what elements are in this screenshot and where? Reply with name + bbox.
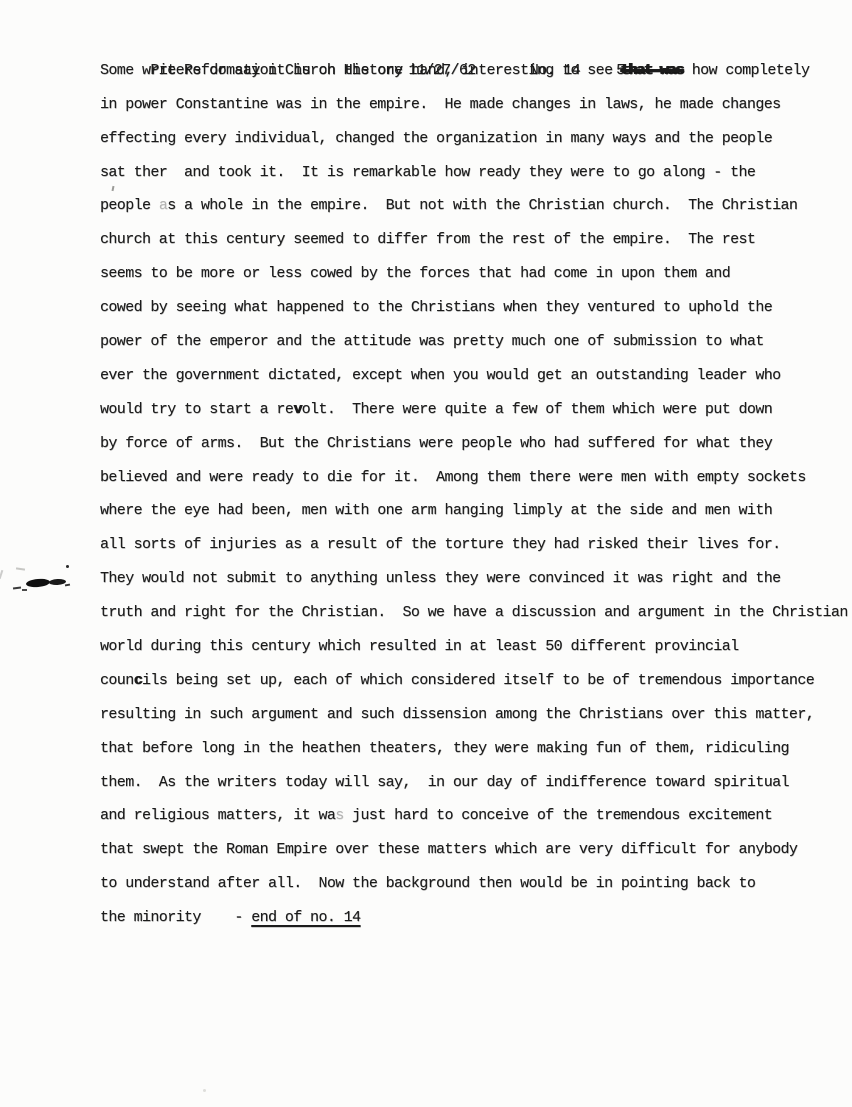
ink-smudge-dot xyxy=(66,565,69,568)
text-segment: truth and right for the Christian. So we… xyxy=(100,604,848,621)
text-line: cowed by seeing what happened to the Chr… xyxy=(100,291,852,325)
text-segment: and religious matters, it wa xyxy=(100,807,335,824)
text-line: power of the emperor and the attitude wa… xyxy=(100,325,852,359)
text-line: ever the government dictated, except whe… xyxy=(100,359,852,393)
text-line: the minority - end of no. 14 xyxy=(100,901,852,935)
text-line: councils being set up, each of which con… xyxy=(100,664,852,698)
text-line: would try to start a revolt. There were … xyxy=(100,393,852,427)
text-segment: v xyxy=(293,401,301,418)
typed-text: Pre Reformation Church History11/27/62No… xyxy=(100,20,852,935)
text-segment: seems to be more or less cowed by the fo… xyxy=(100,265,730,282)
text-line: that swept the Roman Empire over these m… xyxy=(100,833,852,867)
ink-smudge-faint xyxy=(0,570,3,579)
text-segment: end of no. 14 xyxy=(251,909,360,926)
text-segment: in power Constantine was in the empire. … xyxy=(100,96,781,113)
text-line: truth and right for the Christian. So we… xyxy=(100,596,852,630)
text-line: that before long in the heathen theaters… xyxy=(100,732,852,766)
text-segment: c xyxy=(134,672,142,689)
text-line: where the eye had been, men with one arm… xyxy=(100,494,852,528)
text-segment: resulting in such argument and such diss… xyxy=(100,706,814,723)
text-segment: to understand after all. Now the backgro… xyxy=(100,875,755,892)
text-segment: where the eye had been, men with one arm… xyxy=(100,502,772,519)
text-segment: effecting every individual, changed the … xyxy=(100,130,772,147)
text-segment: just hard to conceive of the tremendous … xyxy=(344,807,772,824)
text-segment: a xyxy=(159,197,167,214)
page-header: Pre Reformation Church History11/27/62No… xyxy=(100,20,852,54)
text-line: effecting every individual, changed the … xyxy=(100,122,852,156)
ink-smudge-blob xyxy=(49,579,66,586)
text-segment: world during this century which resulted… xyxy=(100,638,739,655)
text-segment: s xyxy=(335,807,343,824)
text-line: in power Constantine was in the empire. … xyxy=(100,88,852,122)
text-line: them. As the writers today will say, in … xyxy=(100,766,852,800)
text-segment: them. As the writers today will say, in … xyxy=(100,774,789,791)
text-segment: would try to start a re xyxy=(100,401,293,418)
text-line: sat ther and took it. It is remarkable h… xyxy=(100,156,852,190)
body-text: Some writers do say it is on the one han… xyxy=(100,54,852,935)
text-segment: that swept the Roman Empire over these m… xyxy=(100,841,797,858)
text-line: and religious matters, it was just hard … xyxy=(100,799,852,833)
text-line: all sorts of injuries as a result of the… xyxy=(100,528,852,562)
text-line: resulting in such argument and such diss… xyxy=(100,698,852,732)
ink-smudge-dash xyxy=(22,589,27,591)
text-segment: olt. There were quite a few of them whic… xyxy=(302,401,772,418)
document-page: Pre Reformation Church History11/27/62No… xyxy=(0,0,852,1107)
text-line: seems to be more or less cowed by the fo… xyxy=(100,257,852,291)
ink-smudge-tick xyxy=(65,584,70,587)
text-segment: the minority - xyxy=(100,909,251,926)
text-segment: s a whole in the empire. But not with th… xyxy=(167,197,797,214)
text-segment: ever the government dictated, except whe… xyxy=(100,367,781,384)
text-segment: how completely xyxy=(683,62,809,79)
text-segment: coun xyxy=(100,672,134,689)
text-segment: cowed by seeing what happened to the Chr… xyxy=(100,299,772,316)
text-segment: that before long in the heathen theaters… xyxy=(100,740,789,757)
ink-smudge-blob xyxy=(26,578,51,588)
text-segment: sat ther and took it. It is remarkable h… xyxy=(100,164,755,181)
text-line: Some writers do say it is on the one han… xyxy=(100,54,852,88)
text-line: by force of arms. But the Christians wer… xyxy=(100,427,852,461)
text-segment: church at this century seemed to differ … xyxy=(100,231,755,248)
text-line: believed and were ready to die for it. A… xyxy=(100,461,852,495)
text-line: to understand after all. Now the backgro… xyxy=(100,867,852,901)
stray-speck xyxy=(203,1089,206,1092)
text-line: church at this century seemed to differ … xyxy=(100,223,852,257)
text-segment: all sorts of injuries as a result of the… xyxy=(100,536,781,553)
text-segment: people xyxy=(100,197,159,214)
text-segment: They would not submit to anything unless… xyxy=(100,570,781,587)
text-line: people as a whole in the empire. But not… xyxy=(100,189,852,223)
ink-smudge-faint xyxy=(16,567,25,570)
text-segment: ils being set up, each of which consider… xyxy=(142,672,814,689)
text-segment: by force of arms. But the Christians wer… xyxy=(100,435,772,452)
text-line: world during this century which resulted… xyxy=(100,630,852,664)
text-segment: power of the emperor and the attitude wa… xyxy=(100,333,764,350)
text-line: They would not submit to anything unless… xyxy=(100,562,852,596)
text-segment: that was xyxy=(621,62,683,79)
text-segment: Some writers do say it is on the one han… xyxy=(100,62,621,79)
text-segment: believed and were ready to die for it. A… xyxy=(100,469,806,486)
ink-smudge-dash xyxy=(13,587,21,590)
